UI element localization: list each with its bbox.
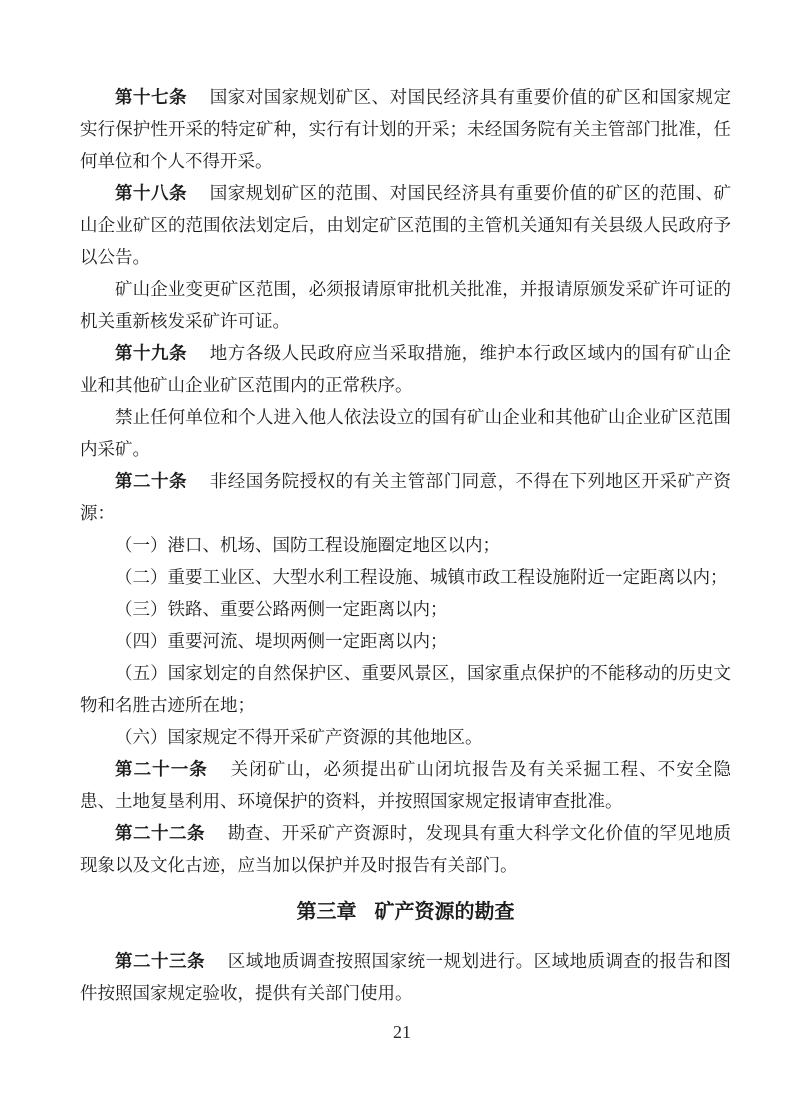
document-page: 第十七条国家对国家规划矿区、对国民经济具有重要价值的矿区和国家规定实行保护性开采… (0, 0, 804, 1099)
article-paragraph: 第二十一条关闭矿山，必须提出矿山闭坑报告及有关采掘工程、不安全隐患、土地复垦利用… (80, 753, 731, 817)
document-body: 第十七条国家对国家规划矿区、对国民经济具有重要价值的矿区和国家规定实行保护性开采… (80, 81, 731, 1009)
list-item: （一）港口、机场、国防工程设施圈定地区以内； (80, 529, 731, 561)
chapter-number: 第三章 (297, 901, 357, 923)
chapter-heading: 第三章矿产资源的勘查 (80, 896, 731, 928)
article-paragraph: 第十九条地方各级人民政府应当采取措施，维护本行政区域内的国有矿山企业和其他矿山企… (80, 337, 731, 401)
article-number: 第二十二条 (115, 823, 205, 843)
paragraph: 矿山企业变更矿区范围，必须报请原审批机关批准，并报请原颁发采矿许可证的机关重新核… (80, 273, 731, 337)
paragraph-text: 禁止任何单位和个人进入他人依法设立的国有矿山企业和其他矿山企业矿区范围内采矿。 (80, 407, 731, 459)
article-paragraph: 第二十条非经国务院授权的有关主管部门同意，不得在下列地区开采矿产资源： (80, 465, 731, 529)
paragraph: 禁止任何单位和个人进入他人依法设立的国有矿山企业和其他矿山企业矿区范围内采矿。 (80, 401, 731, 465)
article-number: 第二十三条 (115, 951, 205, 971)
article-number: 第二十一条 (115, 759, 208, 779)
article-number: 第十九条 (115, 343, 187, 363)
article-paragraph: 第二十二条勘查、开采矿产资源时，发现具有重大科学文化价值的罕见地质现象以及文化古… (80, 817, 731, 881)
paragraph-text: （五）国家划定的自然保护区、重要风景区，国家重点保护的不能移动的历史文物和名胜古… (80, 663, 731, 715)
chapter-title: 矿产资源的勘查 (375, 901, 515, 923)
list-item: （二）重要工业区、大型水利工程设施、城镇市政工程设施附近一定距离以内； (80, 561, 731, 593)
list-item: （六）国家规定不得开采矿产资源的其他地区。 (80, 721, 731, 753)
paragraph-text: （四）重要河流、堤坝两侧一定距离以内； (115, 631, 448, 651)
list-item: （三）铁路、重要公路两侧一定距离以内； (80, 593, 731, 625)
paragraph-text: （一）港口、机场、国防工程设施圈定地区以内； (115, 535, 500, 555)
article-number: 第十七条 (115, 87, 187, 107)
paragraph-text: 矿山企业变更矿区范围，必须报请原审批机关批准，并报请原颁发采矿许可证的机关重新核… (80, 279, 731, 331)
list-item: （五）国家划定的自然保护区、重要风景区，国家重点保护的不能移动的历史文物和名胜古… (80, 657, 731, 721)
paragraph-text: （三）铁路、重要公路两侧一定距离以内； (115, 599, 448, 619)
page-number: 21 (0, 1020, 804, 1044)
paragraph-text: （六）国家规定不得开采矿产资源的其他地区。 (115, 727, 483, 747)
list-item: （四）重要河流、堤坝两侧一定距离以内； (80, 625, 731, 657)
article-number: 第十八条 (115, 183, 187, 203)
article-paragraph: 第二十三条区域地质调查按照国家统一规划进行。区域地质调查的报告和图件按照国家规定… (80, 945, 731, 1009)
article-paragraph: 第十七条国家对国家规划矿区、对国民经济具有重要价值的矿区和国家规定实行保护性开采… (80, 81, 731, 177)
article-paragraph: 第十八条国家规划矿区的范围、对国民经济具有重要价值的矿区的范围、矿山企业矿区的范… (80, 177, 731, 273)
paragraph-text: （二）重要工业区、大型水利工程设施、城镇市政工程设施附近一定距离以内； (115, 567, 728, 587)
article-number: 第二十条 (115, 471, 187, 491)
